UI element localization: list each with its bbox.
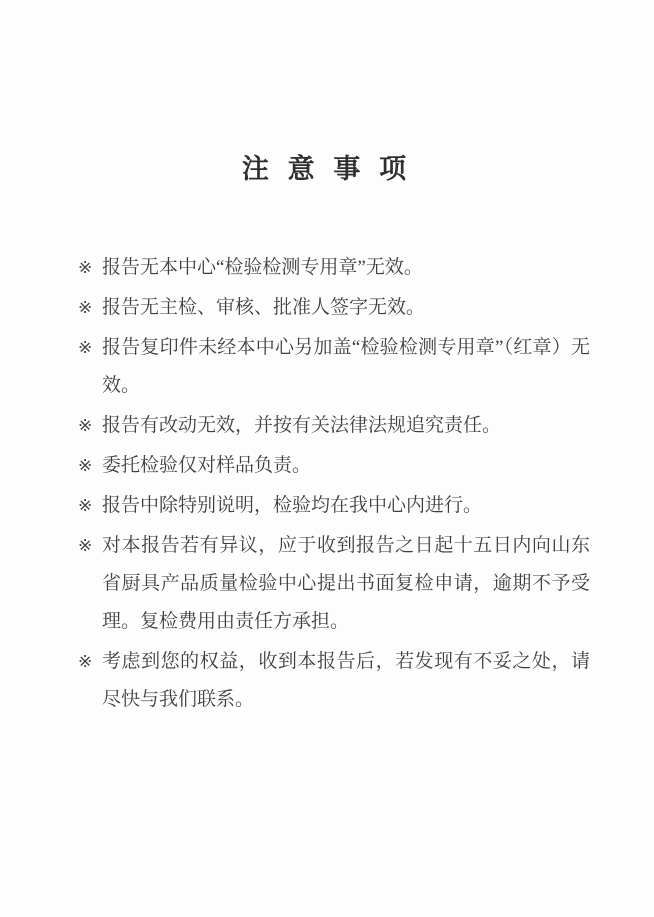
notice-text: 报告无主检、审核、批准人签字无效。 bbox=[102, 289, 590, 327]
reference-mark-icon: ※ bbox=[78, 487, 102, 525]
notice-item: ※ 报告无本中心“检验检测专用章”无效。 bbox=[78, 249, 590, 287]
reference-mark-icon: ※ bbox=[78, 407, 102, 445]
notice-item: ※ 报告无主检、审核、批准人签字无效。 bbox=[78, 289, 590, 327]
notice-text: 报告无本中心“检验检测专用章”无效。 bbox=[102, 249, 590, 287]
reference-mark-icon: ※ bbox=[78, 329, 102, 367]
notice-item: ※ 对本报告若有异议，应于收到报告之日起十五日内向山东省厨具产品质量检验中心提出… bbox=[78, 527, 590, 641]
reference-mark-icon: ※ bbox=[78, 289, 102, 327]
notice-text: 对本报告若有异议，应于收到报告之日起十五日内向山东省厨具产品质量检验中心提出书面… bbox=[102, 527, 590, 641]
reference-mark-icon: ※ bbox=[78, 249, 102, 287]
notice-text: 报告有改动无效，并按有关法律法规追究责任。 bbox=[102, 407, 590, 445]
notice-text: 委托检验仅对样品负责。 bbox=[102, 447, 590, 485]
reference-mark-icon: ※ bbox=[78, 527, 102, 565]
reference-mark-icon: ※ bbox=[78, 643, 102, 681]
notice-item: ※ 报告中除特别说明，检验均在我中心内进行。 bbox=[78, 487, 590, 525]
notice-item: ※ 委托检验仅对样品负责。 bbox=[78, 447, 590, 485]
notices-page: 注 意 事 项 ※ 报告无本中心“检验检测专用章”无效。 ※ 报告无主检、审核、… bbox=[0, 0, 654, 917]
reference-mark-icon: ※ bbox=[78, 447, 102, 485]
notice-text: 报告中除特别说明，检验均在我中心内进行。 bbox=[102, 487, 590, 525]
notice-list: ※ 报告无本中心“检验检测专用章”无效。 ※ 报告无主检、审核、批准人签字无效。… bbox=[78, 249, 590, 719]
notice-item: ※ 报告复印件未经本中心另加盖“检验检测专用章”（红章）无效。 bbox=[78, 329, 590, 405]
notice-item: ※ 报告有改动无效，并按有关法律法规追究责任。 bbox=[78, 407, 590, 445]
page-title: 注 意 事 项 bbox=[0, 155, 654, 183]
notice-text: 考虑到您的权益，收到本报告后，若发现有不妥之处，请尽快与我们联系。 bbox=[102, 643, 590, 719]
notice-item: ※ 考虑到您的权益，收到本报告后，若发现有不妥之处，请尽快与我们联系。 bbox=[78, 643, 590, 719]
notice-text: 报告复印件未经本中心另加盖“检验检测专用章”（红章）无效。 bbox=[102, 329, 590, 405]
